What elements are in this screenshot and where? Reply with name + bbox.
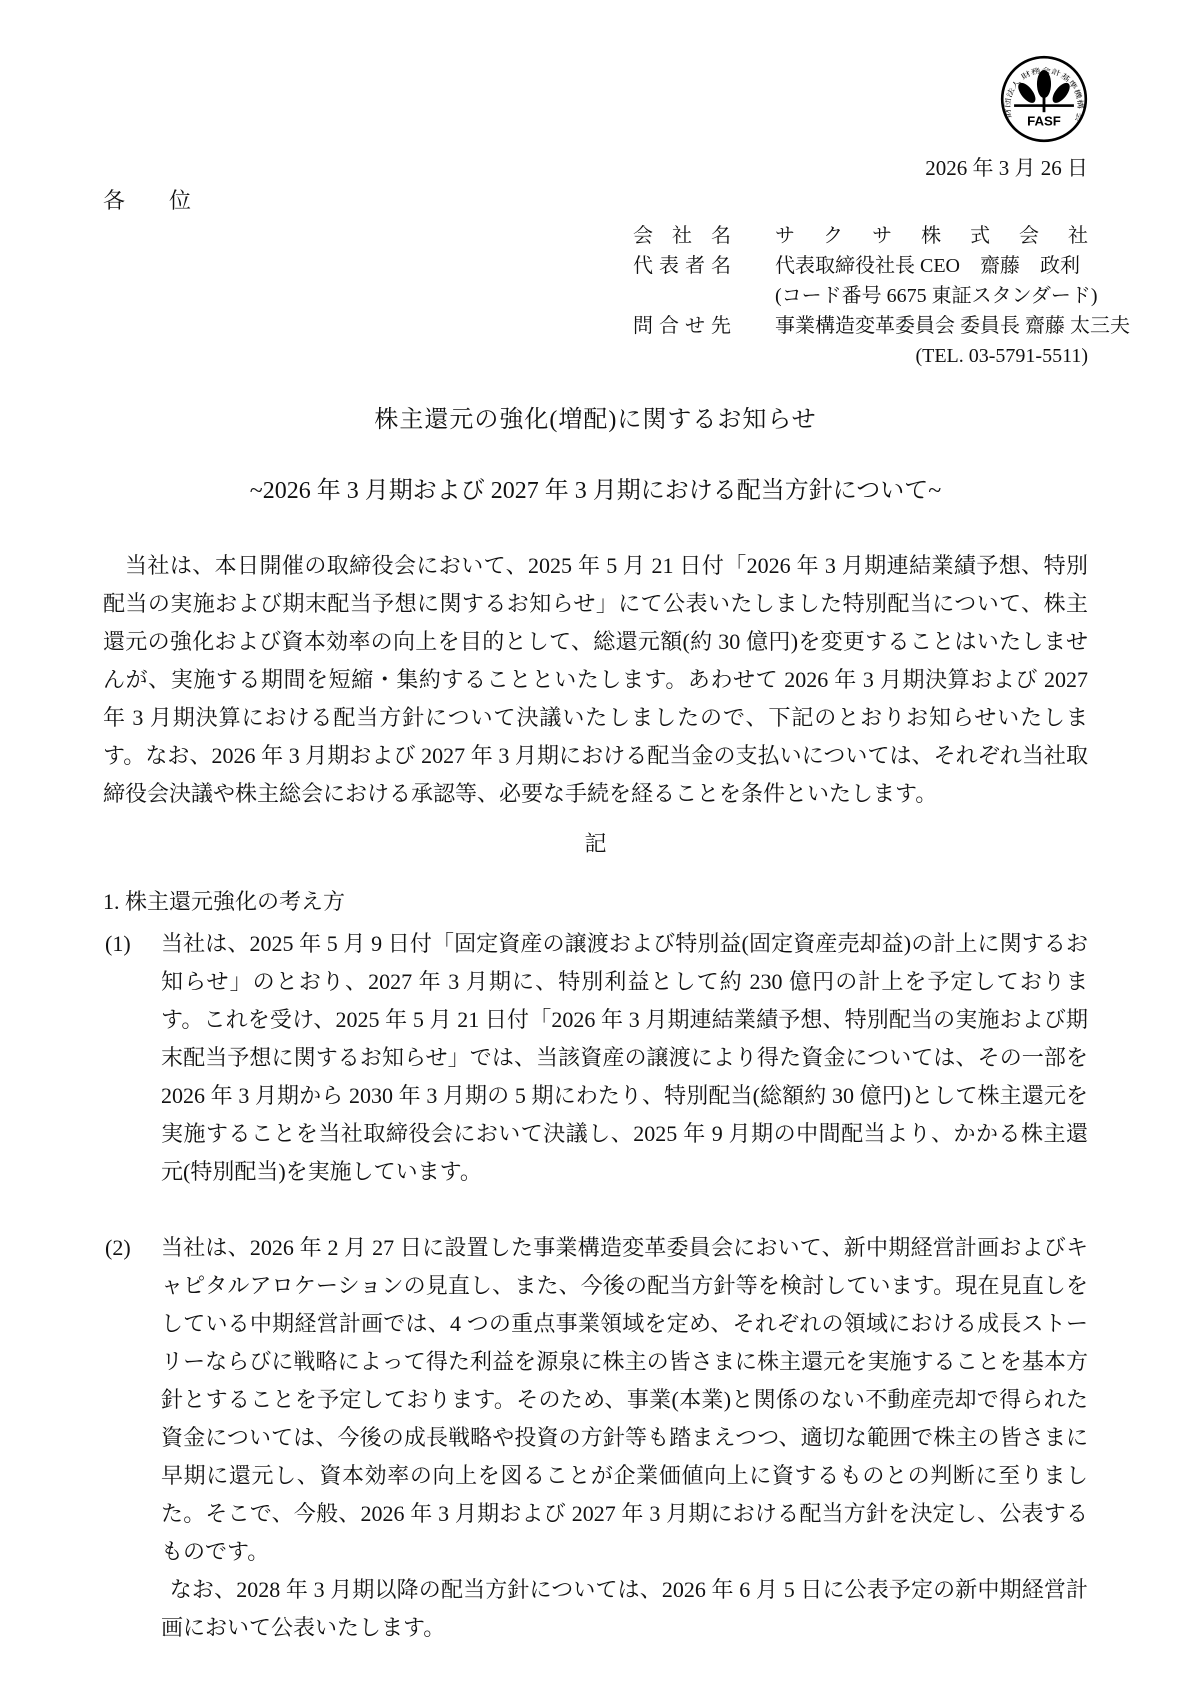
fasf-logo: 財団法人 財務会計基準機構 会員 FASF <box>1000 55 1088 143</box>
company-name-value: サクサ株式会社 <box>775 221 1088 251</box>
document-page: 財団法人 財務会計基準機構 会員 FASF 2026 年 3 月 26 日 各 … <box>0 0 1191 1684</box>
document-title: 株主還元の強化(増配)に関するお知らせ <box>103 399 1088 434</box>
list-item-2-note: なお、2028 年 3 月期以降の配当方針については、2026 年 6 月 5 … <box>161 1571 1088 1647</box>
list-item-1: (1) 当社は、2025 年 5 月 9 日付「固定資産の譲渡および特別益(固定… <box>103 925 1088 1191</box>
contact-label: 問合せ先 <box>633 311 731 341</box>
contact-value: 事業構造変革委員会 委員長 齋藤 太三夫 <box>775 311 1130 341</box>
representative-value: 代表取締役社長 CEO 齋藤 政利 <box>775 251 1088 281</box>
stock-code-label <box>633 281 731 311</box>
stock-code-row: (コード番号 6675 東証スタンダード) <box>633 281 1088 311</box>
stock-code-value: (コード番号 6675 東証スタンダード) <box>775 281 1098 311</box>
ki-separator: 記 <box>103 825 1088 863</box>
list-item-1-text: 当社は、2025 年 5 月 9 日付「固定資産の譲渡および特別益(固定資産売却… <box>161 925 1088 1191</box>
document-date: 2026 年 3 月 26 日 <box>103 153 1088 183</box>
list-item-2: (2) 当社は、2026 年 2 月 27 日に設置した事業構造変革委員会におい… <box>103 1229 1088 1647</box>
telephone-value: (TEL. 03-5791-5511) <box>775 341 1088 371</box>
logo-row: 財団法人 財務会計基準機構 会員 FASF <box>103 55 1088 145</box>
telephone-label <box>633 341 731 371</box>
telephone-row: (TEL. 03-5791-5511) <box>633 341 1088 371</box>
company-info-block: 会社名 サクサ株式会社 代表者名 代表取締役社長 CEO 齋藤 政利 (コード番… <box>633 221 1088 371</box>
list-item-1-marker: (1) <box>105 925 131 963</box>
representative-label: 代表者名 <box>633 251 731 281</box>
section-heading: 1. 株主還元強化の考え方 <box>103 883 1088 921</box>
intro-paragraph: 当社は、本日開催の取締役会において、2025 年 5 月 21 日付「2026 … <box>103 547 1088 813</box>
company-name-row: 会社名 サクサ株式会社 <box>633 221 1088 251</box>
contact-row: 問合せ先 事業構造変革委員会 委員長 齋藤 太三夫 <box>633 311 1088 341</box>
company-name-label: 会社名 <box>633 221 731 251</box>
fasf-acronym-text: FASF <box>1027 113 1061 128</box>
recipient: 各 位 <box>103 186 1088 216</box>
list-item-2-marker: (2) <box>105 1229 131 1267</box>
document-subtitle: ~2026 年 3 月期および 2027 年 3 月期における配当方針について~ <box>103 470 1088 505</box>
representative-row: 代表者名 代表取締役社長 CEO 齋藤 政利 <box>633 251 1088 281</box>
list-item-2-text: 当社は、2026 年 2 月 27 日に設置した事業構造変革委員会において、新中… <box>161 1229 1088 1571</box>
